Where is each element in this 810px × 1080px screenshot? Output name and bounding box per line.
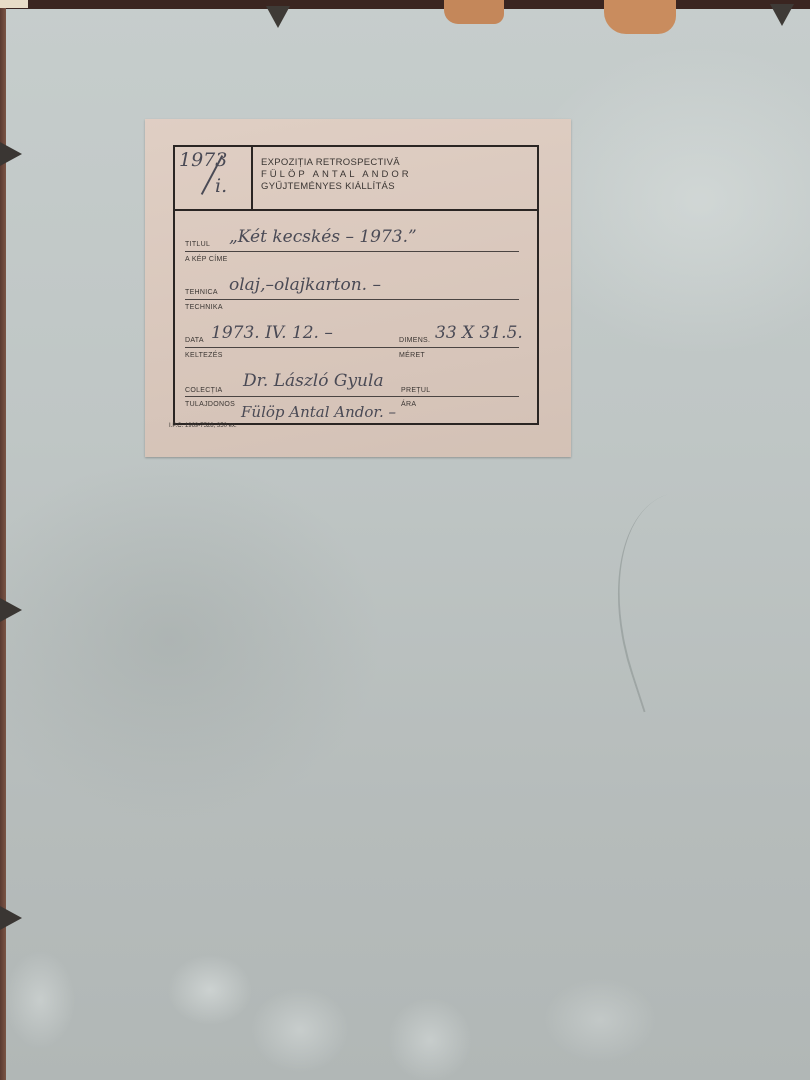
tape-piece (444, 0, 504, 24)
frame-clip-icon (266, 6, 290, 28)
frame-clip-icon (0, 598, 22, 622)
field-value: olaj,–olajkarton. – (229, 275, 381, 295)
field-label: COLECȚIA (185, 387, 222, 394)
field-value: „Két kecskés – 1973.” (229, 227, 417, 247)
rule (185, 347, 519, 348)
frame-corner (0, 0, 28, 8)
tape-piece (604, 0, 676, 34)
field-label: TULAJDONOS (185, 401, 235, 408)
field-label: TECHNIKA (185, 304, 223, 311)
header-line: EXPOZIȚIA RETROSPECTIVĂ (261, 157, 412, 169)
exhibition-label: 1973 i. EXPOZIȚIA RETROSPECTIVĂ FÜLÖP AN… (145, 119, 571, 457)
exhibition-title: EXPOZIȚIA RETROSPECTIVĂ FÜLÖP ANTAL ANDO… (261, 157, 412, 193)
rule (185, 396, 519, 397)
inventory-number: 1973 i. (175, 147, 253, 209)
field-label: TEHNICA (185, 289, 218, 296)
field-label: PREȚUL (401, 387, 430, 394)
print-info: I.P.C. 1969-7528, 350 ex. (169, 423, 237, 429)
field-value: 33 X 31.5. (435, 323, 523, 343)
frame-clip-icon (770, 4, 794, 26)
frame-clip-icon (0, 906, 22, 930)
field-label: KELTEZÉS (185, 352, 223, 359)
header-line: FÜLÖP ANTAL ANDOR (261, 169, 412, 181)
frame-clip-icon (0, 142, 22, 166)
field-label: DATA (185, 337, 204, 344)
frame-top-edge (0, 0, 810, 9)
header-line: GYŰJTEMÉNYES KIÁLLÍTÁS (261, 181, 412, 193)
label-header: 1973 i. EXPOZIȚIA RETROSPECTIVĂ FÜLÖP AN… (175, 147, 537, 211)
label-form: 1973 i. EXPOZIȚIA RETROSPECTIVĂ FÜLÖP AN… (173, 145, 539, 425)
field-value: Dr. László Gyula (243, 371, 384, 391)
field-label: TITLUL (185, 241, 210, 248)
field-label: MÉRET (399, 352, 425, 359)
field-value: Fülöp Antal Andor. – (241, 403, 396, 421)
field-label: DIMENS. (399, 337, 430, 344)
inventory-number-bottom: i. (215, 175, 227, 197)
field-label: ÁRA (401, 401, 416, 408)
rule (185, 299, 519, 300)
field-label: A KÉP CÍME (185, 256, 228, 263)
rule (185, 251, 519, 252)
field-value: 1973. IV. 12. – (211, 323, 333, 343)
